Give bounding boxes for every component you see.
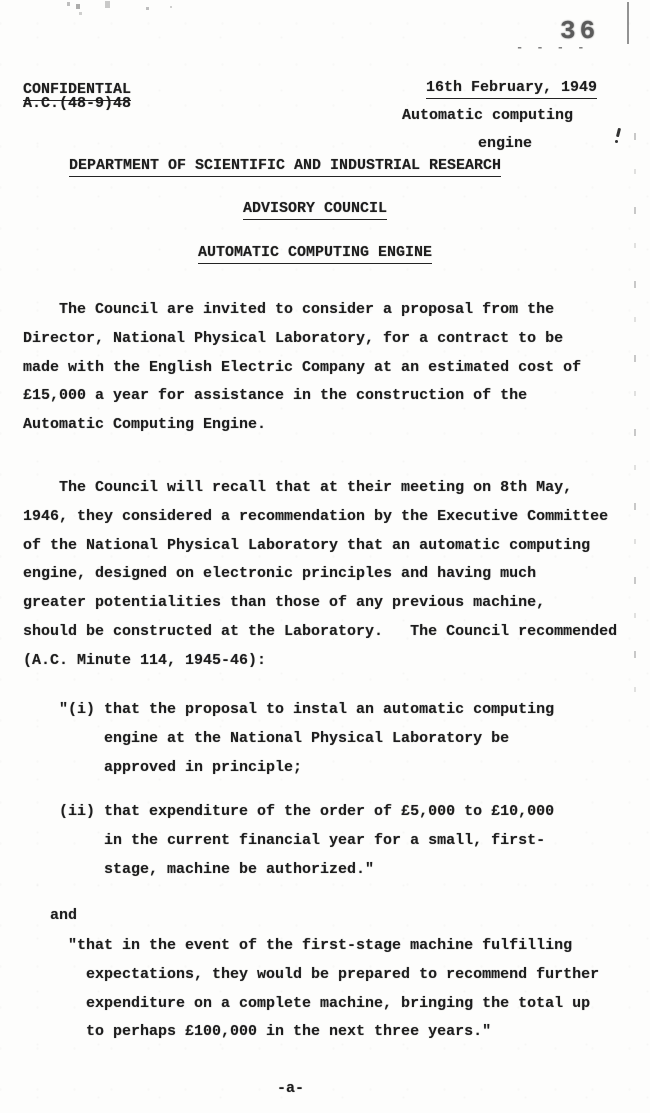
reference-number: A.C.(48-9)48 [23, 95, 131, 112]
scanned-document-page: 36 - - - - CONFIDENTIAL A.C.(48-9)48 16t… [0, 0, 650, 1113]
scan-speck [79, 12, 82, 15]
heading-department: DEPARTMENT OF SCIENTIFIC AND INDUSTRIAL … [23, 158, 607, 174]
scan-artifact-corner-line [627, 2, 629, 44]
heading-document-title: AUTOMATIC COMPUTING ENGINE [23, 245, 607, 261]
list-item-ii: (ii) that expenditure of the order of £5… [23, 798, 554, 884]
header-left-block: CONFIDENTIAL A.C.(48-9)48 [23, 83, 131, 111]
stamp-pencil-marks: - - - - [516, 41, 587, 55]
header-right-block: 16th February, 1949 Automatic computing … [402, 81, 597, 151]
scan-speck [105, 1, 110, 8]
list-item-i: "(i) that the proposal to instal an auto… [23, 696, 554, 782]
subject-line-2: engine [402, 137, 597, 151]
scan-speck [170, 6, 172, 8]
document-date: 16th February, 1949 [426, 79, 597, 99]
paragraph-recall-1946: The Council will recall that at their me… [23, 474, 617, 676]
subject-line-1: Automatic computing [402, 109, 597, 123]
heading-advisory-council: ADVISORY COUNCIL [23, 201, 607, 217]
paragraph-proposal: The Council are invited to consider a pr… [23, 296, 581, 440]
scan-artifact-ink-dot [615, 140, 618, 143]
scan-artifact-ink-mark [616, 128, 621, 137]
page-footer-label: -a- [277, 1081, 304, 1097]
scan-speck [67, 2, 70, 6]
scan-speck [76, 4, 80, 9]
scan-speck [146, 7, 149, 10]
connector-and: and [50, 902, 77, 931]
scan-artifact-edge-ticks [634, 133, 636, 693]
quote-further-expenditure: "that in the event of the first-stage ma… [23, 932, 599, 1047]
